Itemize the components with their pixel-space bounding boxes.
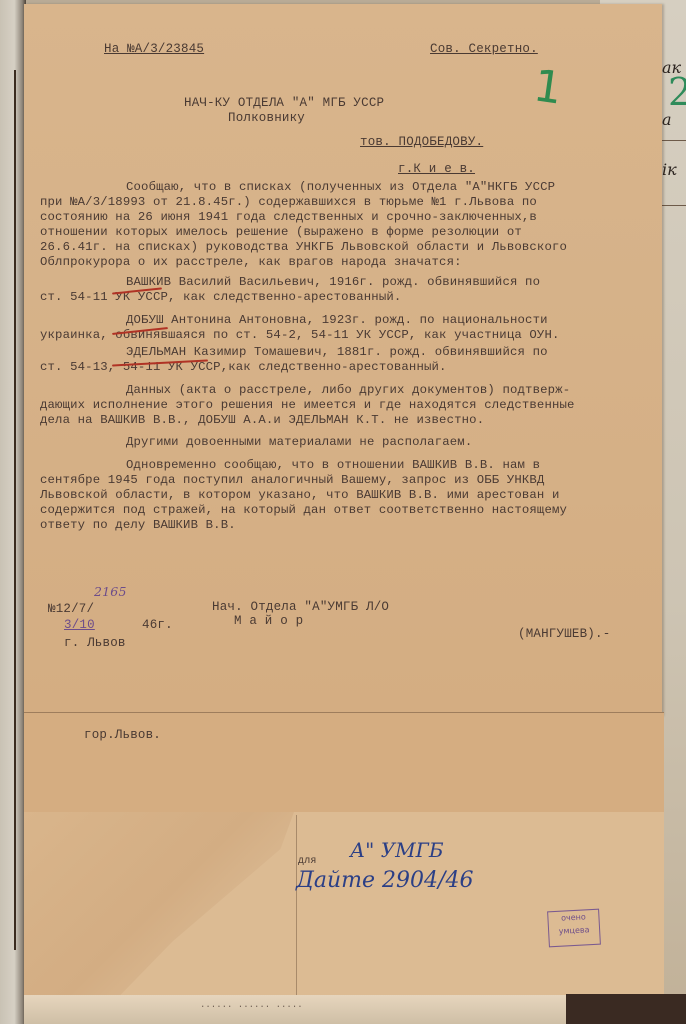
classification-mark: Сов. Секретно. bbox=[430, 42, 538, 56]
person-entry-line: ДОБУШ Антонина Антоновна, 1923г. рожд. п… bbox=[126, 313, 548, 327]
signer-name: (МАНГУШЕВ).- bbox=[518, 627, 610, 641]
outgoing-number: №12/7/ bbox=[48, 602, 94, 616]
signer-rank: М а й о р bbox=[234, 614, 303, 628]
body-line: 26.6.41г. на списках) руководства УНКГБ … bbox=[40, 240, 567, 254]
body-line: состоянию на 26 июня 1941 года следствен… bbox=[40, 210, 537, 224]
body-line: содержится под стражей, на который дан о… bbox=[40, 503, 567, 517]
underlying-handwriting: ік bbox=[662, 160, 677, 179]
handwritten-note-line3: Дайте 2904/46 bbox=[296, 868, 473, 893]
underlying-page-rule bbox=[660, 205, 686, 206]
body-line: Облпрокурора о их расстреле, как врагов … bbox=[40, 255, 462, 269]
handwritten-outgoing-number: 2165 bbox=[94, 584, 127, 599]
underlying-page-number: 2 bbox=[668, 70, 686, 114]
handwritten-note-label: для bbox=[298, 856, 317, 867]
handwritten-note-line1: А" УМГБ bbox=[350, 838, 444, 862]
addressee-city: г.К и е в. bbox=[398, 162, 475, 176]
binder-edge bbox=[0, 0, 26, 1024]
person-entry-line: ст. 54-11 УК УССР, как следственно-арест… bbox=[40, 290, 401, 304]
body-line: сентябре 1945 года поступил аналогичный … bbox=[40, 473, 544, 487]
reference-number: На №А/3/23845 bbox=[104, 42, 204, 56]
addressee-line1: НАЧ-КУ ОТДЕЛА "А" МГБ УССР bbox=[184, 96, 384, 110]
body-line: Сообщаю, что в списках (полученных из От… bbox=[126, 180, 555, 194]
body-line: отношении которых имелось решение (выраж… bbox=[40, 225, 522, 239]
stamp-line2: умцева bbox=[549, 923, 600, 939]
date-year: 46г. bbox=[142, 618, 173, 632]
person-entry-line: ст. 54-13, 54-11 УК УССР,как следственно… bbox=[40, 360, 447, 374]
body-line: Данных (акта о расстреле, либо других до… bbox=[126, 383, 570, 397]
lower-page-city: гор.Львов. bbox=[84, 728, 161, 742]
bottom-strip-text: ...... ...... ..... bbox=[200, 1000, 303, 1010]
paper-fold bbox=[296, 815, 297, 995]
archive-stamp: очено умцева bbox=[547, 909, 601, 948]
body-line: дела на ВАШКИВ В.В., ДОБУШ А.А.и ЭДЕЛЬМА… bbox=[40, 413, 484, 427]
issue-city: г. Львов bbox=[64, 636, 126, 650]
addressee-name: тов. ПОДОБЕДОВУ. bbox=[360, 135, 483, 149]
addressee-line2: Полковнику bbox=[228, 111, 305, 125]
body-line: Другими довоенными материалами не распол… bbox=[126, 435, 472, 449]
date-handwritten: 3/10 bbox=[64, 618, 95, 632]
underlying-page-rule bbox=[660, 140, 686, 141]
person-entry-line: ЭДЕЛЬМАН Казимир Томашевич, 1881г. рожд.… bbox=[126, 345, 548, 359]
body-line: дающих исполнение этого решения не имеет… bbox=[40, 398, 575, 412]
background-corner bbox=[566, 994, 686, 1024]
person-entry-line: украинка, обвинявшаяся по ст. 54-2, 54-1… bbox=[40, 328, 560, 342]
person-entry-line: ВАШКИВ Василий Васильевич, 1916г. рожд. … bbox=[126, 275, 540, 289]
body-line: при №А/3/18993 от 21.8.45г.) содержавших… bbox=[40, 195, 537, 209]
body-line: ответу по делу ВАШКИВ В.В. bbox=[40, 518, 236, 532]
signer-title: Нач. Отдела "А"УМГБ Л/О bbox=[212, 600, 389, 614]
body-line: Львовской области, в котором указано, чт… bbox=[40, 488, 560, 502]
body-line: Одновременно сообщаю, что в отношении ВА… bbox=[126, 458, 540, 472]
binder-rod bbox=[14, 70, 16, 950]
